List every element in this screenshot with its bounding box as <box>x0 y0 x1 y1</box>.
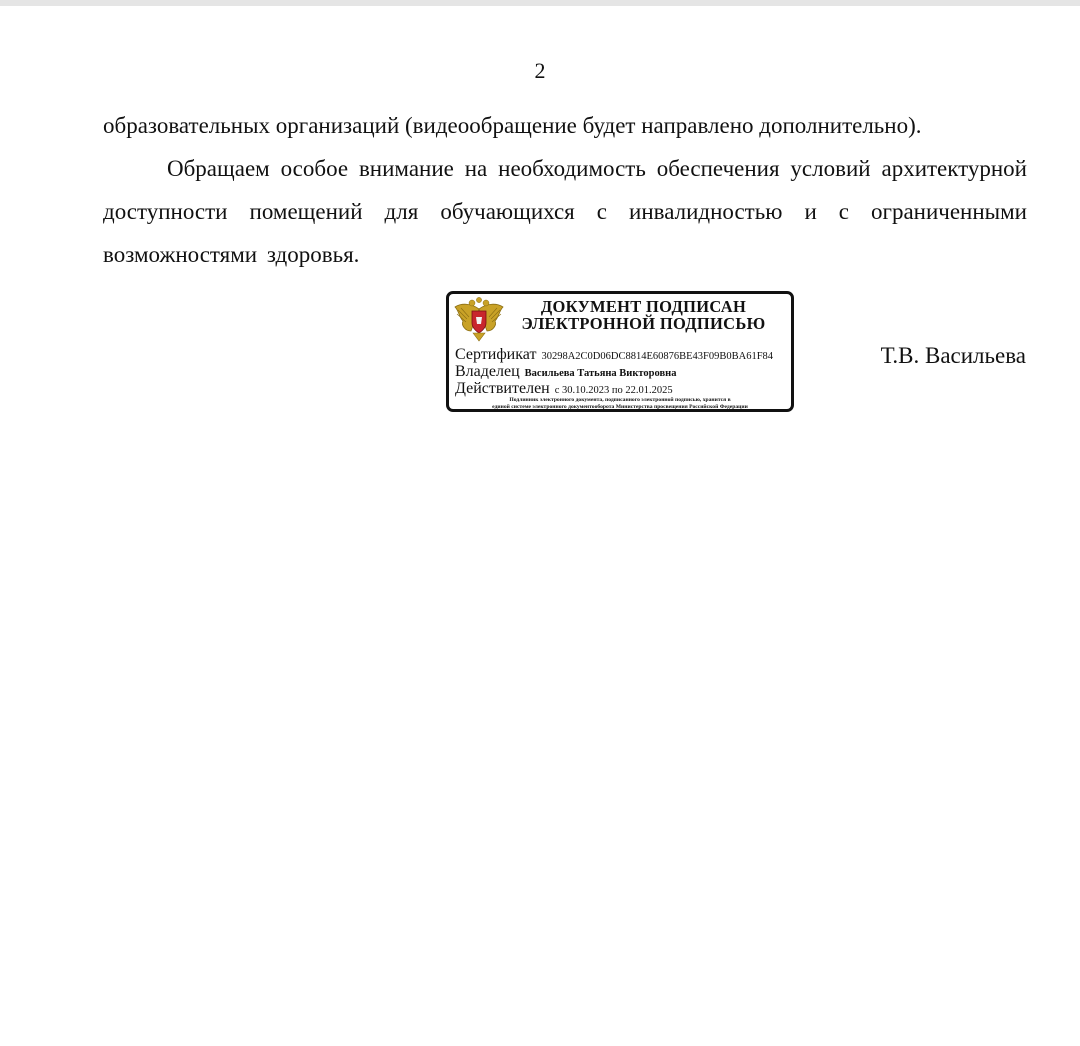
stamp-certificate-row: Сертификат30298A2C0D06DC8814E60876BE43F0… <box>455 346 773 364</box>
stamp-validity-row: Действителенс 30.10.2023 по 22.01.2025 <box>455 380 673 398</box>
stamp-title: ДОКУМЕНТ ПОДПИСАН ЭЛЕКТРОННОЙ ПОДПИСЬЮ <box>504 298 783 332</box>
viewer-top-bar <box>0 0 1080 6</box>
stamp-note-line2: единой системе электронного документообо… <box>453 404 787 411</box>
paragraph-attention: Обращаем особое внимание на необходимост… <box>103 147 1027 276</box>
coat-of-arms-icon <box>453 297 505 343</box>
paragraph-continuation: образовательных организаций (видеообраще… <box>103 104 1027 147</box>
signer-name: Т.В. Васильева <box>881 343 1026 369</box>
certificate-value: 30298A2C0D06DC8814E60876BE43F09B0BA61F84 <box>541 351 773 362</box>
page-number: 2 <box>0 58 1080 84</box>
stamp-owner-row: ВладелецВасильева Татьяна Викторовна <box>455 363 676 381</box>
stamp-title-line1: ДОКУМЕНТ ПОДПИСАН <box>504 298 783 315</box>
electronic-signature-stamp: ДОКУМЕНТ ПОДПИСАН ЭЛЕКТРОННОЙ ПОДПИСЬЮ С… <box>446 291 794 412</box>
owner-value: Васильева Татьяна Викторовна <box>525 368 677 379</box>
validity-label: Действителен <box>455 380 550 397</box>
certificate-label: Сертификат <box>455 346 536 363</box>
stamp-note: Подлинник электронного документа, подпис… <box>453 397 787 410</box>
owner-label: Владелец <box>455 363 520 380</box>
stamp-title-line2: ЭЛЕКТРОННОЙ ПОДПИСЬЮ <box>504 315 783 332</box>
validity-value: с 30.10.2023 по 22.01.2025 <box>555 385 673 396</box>
